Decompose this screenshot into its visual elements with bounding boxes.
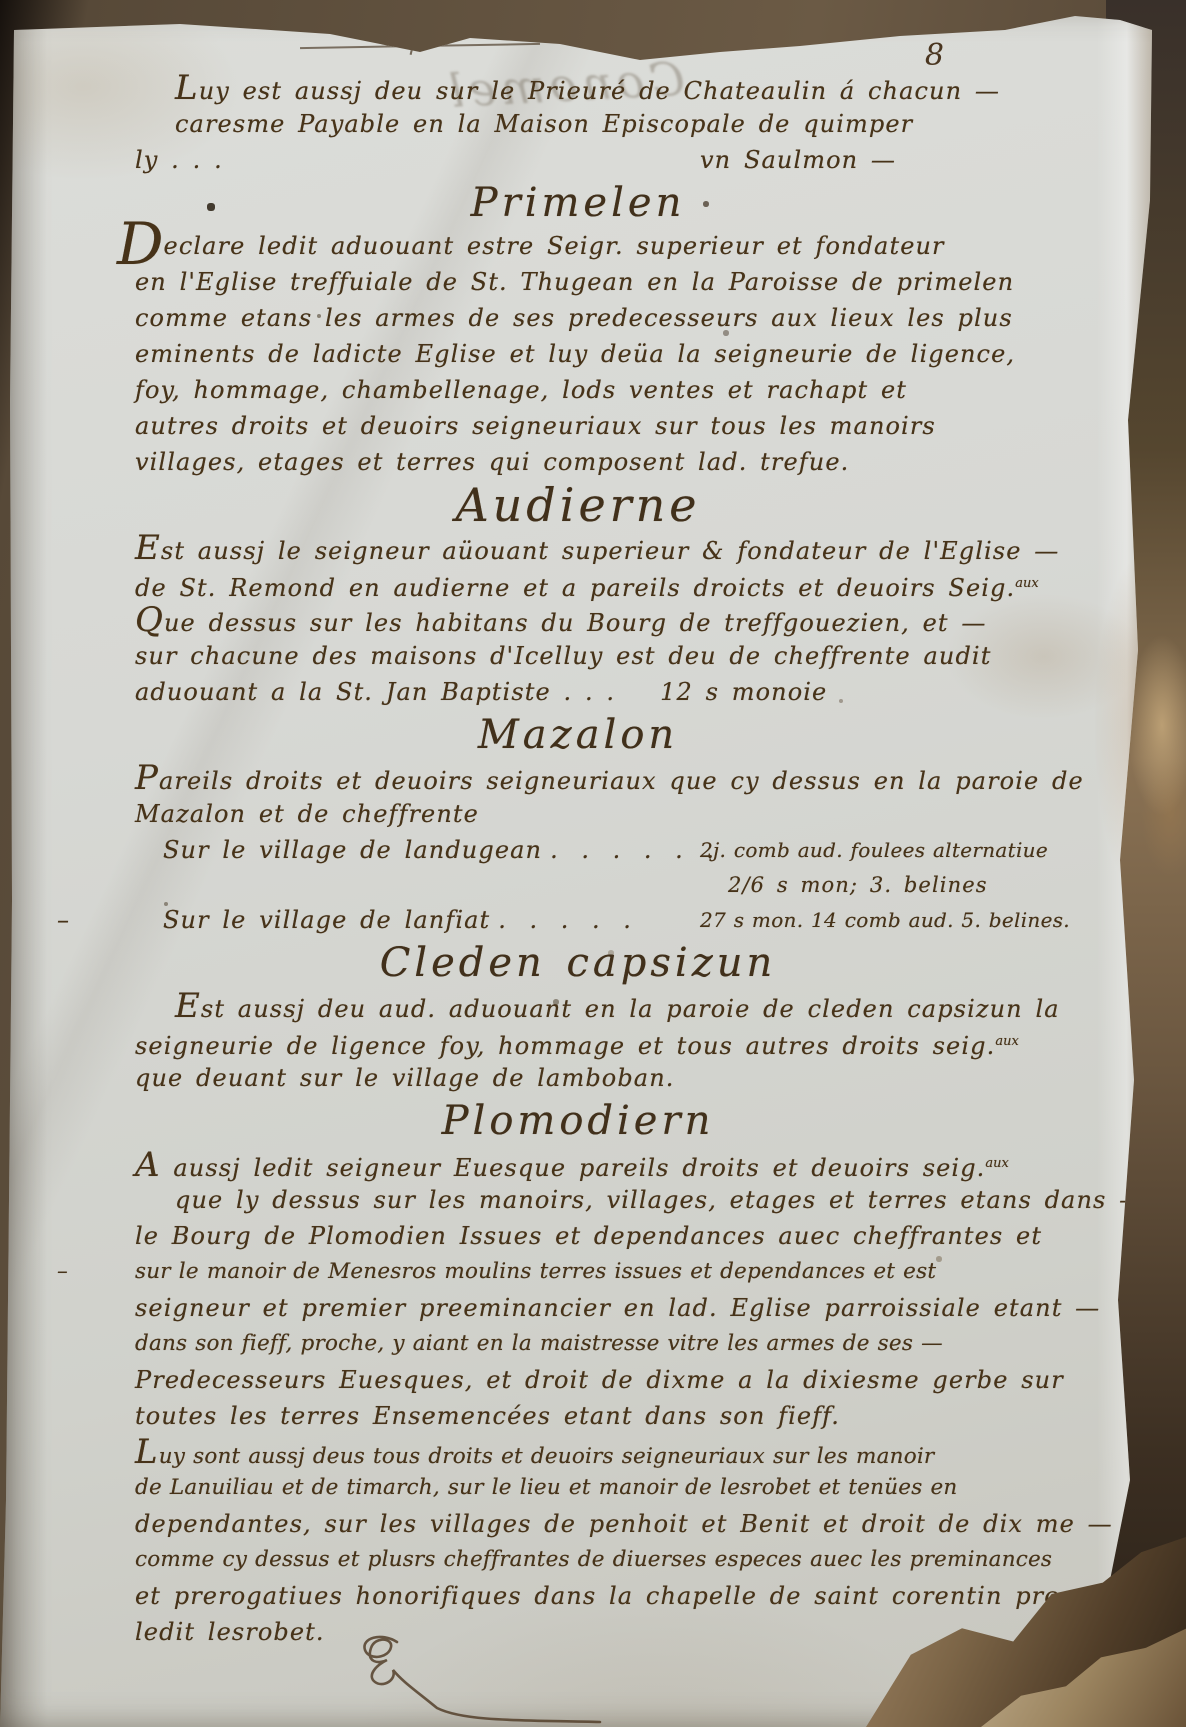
rent-entry: Sur le village de landugean. . . . . . 2… xyxy=(135,832,1021,868)
top-correction-mark xyxy=(300,38,540,52)
text-line: Pareils droits et deuoirs seigneuriaux q… xyxy=(135,760,1021,796)
text-line: eminents de ladicte Eglise et luy deüa l… xyxy=(135,336,1021,372)
text-line: le Bourg de Plomodien Issues et dependan… xyxy=(135,1218,1021,1254)
text-line: Que dessus sur les habitans du Bourg de … xyxy=(135,602,1021,638)
ink-speckles xyxy=(0,0,2,2)
margin-dash: – xyxy=(57,1254,68,1290)
entry-label: Sur le village de lanfiat xyxy=(163,906,490,934)
initial-letter: E xyxy=(175,986,201,1026)
text-line: foy, hommage, chambellenage, lods ventes… xyxy=(135,372,1021,408)
text-line: que deuant sur le village de lamboban. xyxy=(135,1060,1021,1096)
superscript-aux: aux xyxy=(985,1156,1008,1171)
text-line: Luy sont aussj deus tous droits et deuoi… xyxy=(135,1434,1021,1470)
text-line: de St. Remond en audierne et a pareils d… xyxy=(135,566,1021,602)
text-line: aduouant a la St. Jan Baptiste . . .12 s… xyxy=(135,674,1021,710)
section-title-cleden-capsizun: Cleden capsizun xyxy=(135,938,1021,988)
text-line: seigneurie de ligence foy, hommage et to… xyxy=(135,1024,1021,1060)
text-line: toutes les terres Ensemencées etant dans… xyxy=(135,1398,1021,1434)
mark-tick xyxy=(410,35,417,55)
text-line: villages, etages et terres qui composent… xyxy=(135,444,1021,480)
initial-letter: L xyxy=(175,68,199,108)
entry-value: 2j. comb aud. foulees alternatiue xyxy=(700,832,1048,868)
text-block: Luy est aussj deu sur le Prieuré de Chat… xyxy=(135,70,1021,1650)
section-title-primelen: Primelen xyxy=(135,178,1021,228)
manuscript-photo: Conomel 8 Luy est aussj deu sur le Prieu… xyxy=(0,0,1186,1727)
margin-dash: – xyxy=(57,902,70,938)
text-line: comme cy dessus et plusrs cheffrantes de… xyxy=(135,1542,1021,1578)
text-line: dans son fieff, proche, y aiant en la ma… xyxy=(135,1326,1021,1362)
rent-amount: 12 s monoie xyxy=(660,678,827,706)
text-line: ly . . .vn Saulmon — xyxy=(135,142,1021,178)
superscript-aux: aux xyxy=(995,1034,1018,1049)
initial-letter: A xyxy=(135,1145,161,1185)
text-line: Mazalon et de cheffrente xyxy=(135,796,1021,832)
entry-value-continued: 2/6 s mon; 3. belines xyxy=(135,868,1021,902)
text-line: –sur le manoir de Menesros moulins terre… xyxy=(135,1254,1021,1290)
entry-value: 27 s mon. 14 comb aud. 5. belines. xyxy=(700,902,1070,938)
dot-leader: . . . . . . xyxy=(550,836,720,864)
text-line: Est aussj le seigneur aüouant superieur … xyxy=(135,530,1021,566)
page-number: 8 xyxy=(925,38,944,73)
dot-leader: . . . . . xyxy=(498,906,637,934)
text-line: de Lanuiliau et de timarch, sur le lieu … xyxy=(135,1470,1021,1506)
section-title-plomodiern: Plomodiern xyxy=(135,1096,1021,1146)
initial-letter: E xyxy=(135,528,161,568)
text-line: Luy est aussj deu sur le Prieuré de Chat… xyxy=(135,70,1021,106)
section-title-audierne: Audierne xyxy=(135,480,1021,530)
paraph-flourish xyxy=(345,1630,685,1725)
manuscript-page: Conomel 8 Luy est aussj deu sur le Prieu… xyxy=(0,0,1186,1727)
initial-letter: L xyxy=(135,1432,159,1472)
initial-letter: Q xyxy=(135,600,164,640)
text-line: comme etans les armes de ses predecesseu… xyxy=(135,300,1021,336)
text-line: sur chacune des maisons d'Icelluy est de… xyxy=(135,638,1021,674)
mark-bar xyxy=(300,43,540,49)
initial-letter: P xyxy=(135,758,159,798)
text-line: en l'Eglise treffuiale de St. Thugean en… xyxy=(135,264,1021,300)
text-line: autres droits et deuoirs seigneuriaux su… xyxy=(135,408,1021,444)
section-title-mazalon: Mazalon xyxy=(135,710,1021,760)
text-line: Declare ledit aduouant estre Seigr. supe… xyxy=(135,228,1021,264)
superscript-aux: aux xyxy=(1015,576,1038,591)
text-line: Predecesseurs Euesques, et droit de dixm… xyxy=(135,1362,1021,1398)
text-line: Est aussj deu aud. aduouant en la paroie… xyxy=(135,988,1021,1024)
text-line: dependantes, sur les villages de penhoit… xyxy=(135,1506,1021,1542)
text-line: que ly dessus sur les manoirs, villages,… xyxy=(135,1182,1021,1218)
text-line: caresme Payable en la Maison Episcopale … xyxy=(135,106,1021,142)
text-line: A aussj ledit seigneur Euesque pareils d… xyxy=(135,1146,1021,1182)
salmon-due-note: vn Saulmon — xyxy=(700,142,896,178)
rent-entry: – Sur le village de lanfiat. . . . . 27 … xyxy=(135,902,1021,938)
entry-label: Sur le village de landugean xyxy=(163,836,542,864)
text-line: et prerogatiues honorifiques dans la cha… xyxy=(135,1578,1021,1614)
text-line: seigneur et premier preeminancier en lad… xyxy=(135,1290,1021,1326)
